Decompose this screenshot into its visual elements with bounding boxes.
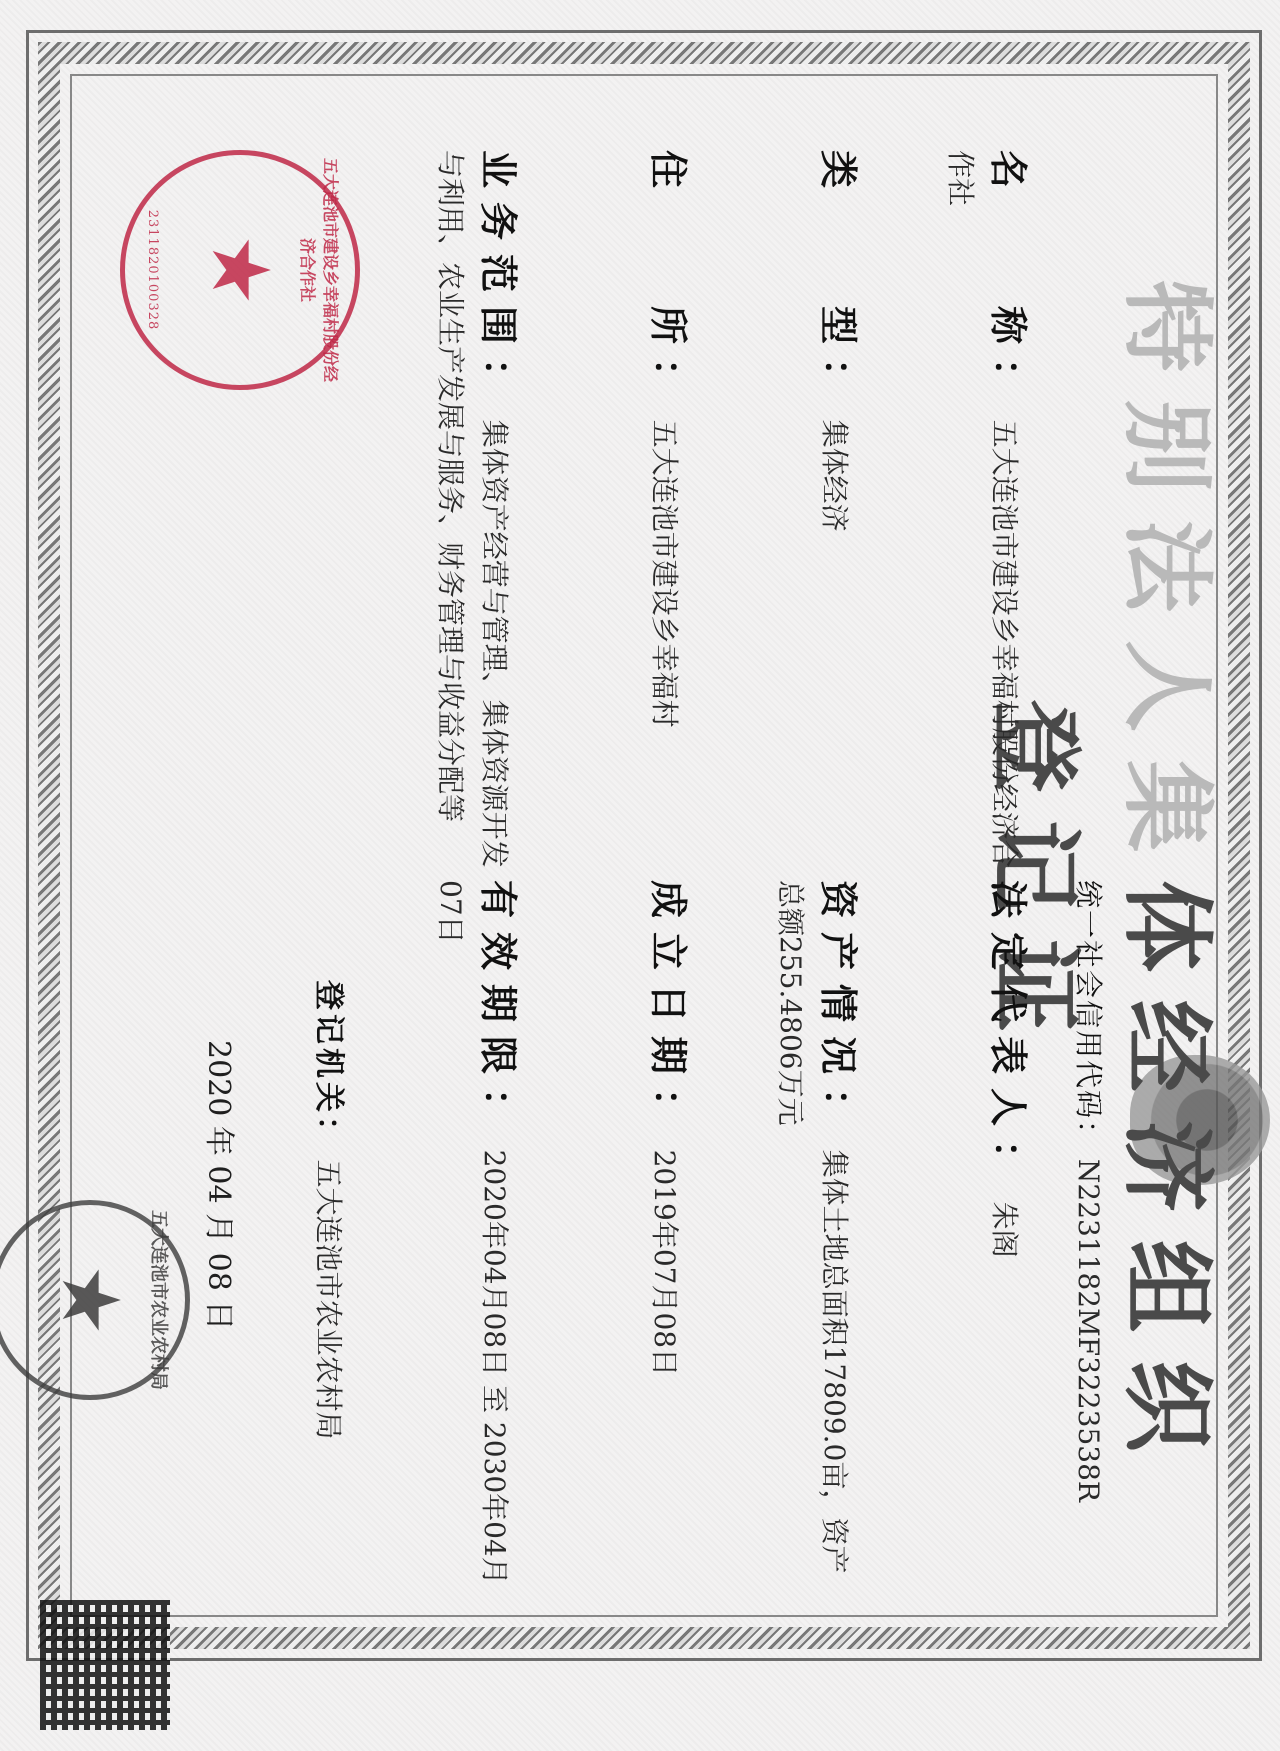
assets-label: 资产情况： [816,880,861,1140]
authority-seal: 五大连池市农业农村局 ★ [0,1200,190,1400]
star-icon: ★ [50,1264,130,1336]
established-row: 成立日期： 2019年07月08日 [642,880,690,1600]
authority-label: 登记机关： [311,980,346,1150]
cooperative-seal-text: 五大连池市建设乡幸福村股份经济合作社 [297,155,343,385]
cooperative-seal-code: 2311820100328 [145,155,160,385]
credit-code-value: N2231182MF3223538R [1072,1159,1105,1502]
business-scope-row: 业务范围： 集体资产经营与管理、集体资源开发与利用、农业生产发展与服务、财务管理… [428,150,520,870]
established-label: 成立日期： [646,880,691,1140]
legal-rep-value: 朱阁 [988,1202,1021,1258]
legal-rep-row: 法定代表人： 朱阁 [982,880,1030,1600]
star-icon: ★ [200,234,280,306]
validity-row: 有效期限： 2020年04月08日 至 2030年04月07日 [428,880,520,1600]
certificate-page: 特别法人集体经济组织登记证 统一社会信用代码： N2231182MF322353… [0,0,1280,1751]
authority-row: 登记机关： 五大连池市农业农村局 [306,980,350,1600]
business-scope-label: 业务范围： [476,150,521,410]
validity-label: 有效期限： [476,880,521,1140]
credit-code-label: 统一社会信用代码： [1072,880,1105,1150]
type-label: 类 型： [816,150,861,410]
address-row: 住 所： 五大连池市建设乡幸福村 [642,150,690,870]
authority-seal-text: 五大连池市农业农村局 [147,1205,173,1395]
type-row: 类 型： 集体经济 [812,150,860,870]
authority-value: 五大连池市农业农村局 [312,1160,345,1440]
qr-code [40,1600,170,1730]
type-value: 集体经济 [818,420,851,532]
credit-code-row: 统一社会信用代码： N2231182MF3223538R [1066,880,1110,1502]
name-label: 名 称： [986,150,1031,410]
legal-rep-label: 法定代表人： [986,880,1031,1192]
cooperative-seal: 五大连池市建设乡幸福村股份经济合作社 ★ 2311820100328 [120,150,360,390]
issue-date: 2020 年 04 月 08 日 [196,1040,240,1600]
address-label: 住 所： [646,150,691,410]
address-value: 五大连池市建设乡幸福村 [648,420,681,728]
name-row: 名 称： 五大连池市建设乡幸福村股份经济合作社 [938,150,1030,870]
assets-row: 资产情况： 集体土地总面积17809.0亩，资产总额255.4806万元 [768,880,860,1600]
title-faded-prefix: 特别法人集 [1113,280,1220,880]
established-value: 2019年07月08日 [648,1150,681,1377]
